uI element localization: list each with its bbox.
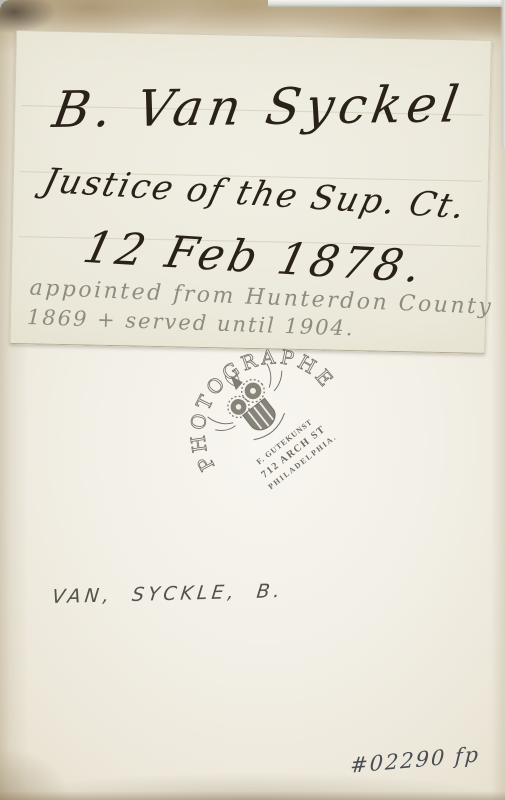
photographer-stamp: PHOTOGRAPHER bbox=[168, 330, 353, 502]
cabinet-card-back-scan: B. Van Syckel Justice of the Sup. Ct. 12… bbox=[0, 0, 505, 800]
pasted-label: B. Van Syckel Justice of the Sup. Ct. 12… bbox=[9, 30, 491, 354]
scanner-edge-right bbox=[500, 0, 505, 148]
scanner-edge-top bbox=[268, 0, 505, 7]
handwritten-name: B. Van Syckel bbox=[49, 75, 468, 139]
handwritten-title: Justice of the Sup. Ct. bbox=[39, 161, 471, 227]
